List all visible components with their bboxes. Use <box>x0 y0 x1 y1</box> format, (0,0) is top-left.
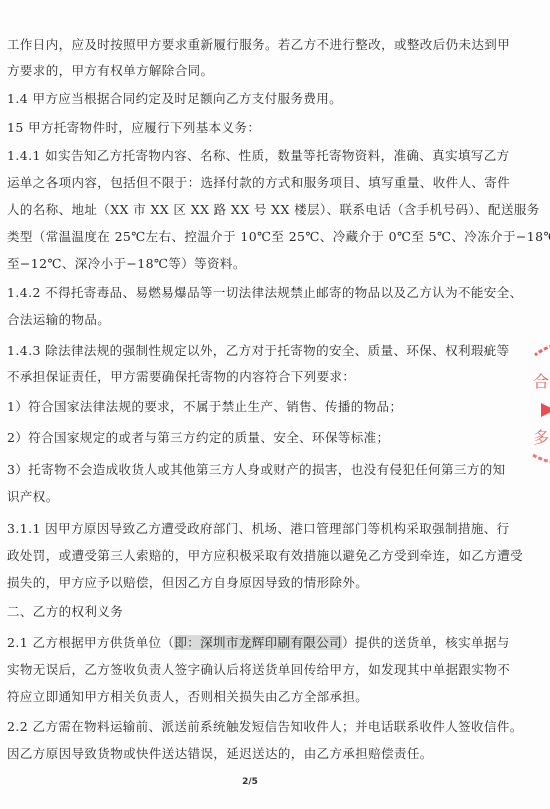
text-line: 因乙方原因导致货物或快件送达错误，延迟送达的，由乙方承担赔偿责任。 <box>7 746 433 762</box>
clause-1-4-1: 1.4.1 如实告知乙方托寄物内容、名称、性质，数量等托寄物资料，准确、真实填写… <box>7 148 510 164</box>
list-item-1: 1）符合国家法律法规的要求，不属于禁止生产、销售、传播的物品； <box>7 399 402 415</box>
red-seal-stamp-icon: 合 多 <box>525 335 550 465</box>
clause-2-1: 2.1 乙方根据甲方供货单位（即：深圳市龙辉印刷有限公司）提供的送货单，核实单据… <box>7 635 510 651</box>
clause-1-5-heading: 15 甲方托寄物件时，应履行下列基本义务： <box>7 120 260 136</box>
section-heading-party-b: 二、乙方的权利义务 <box>7 604 123 620</box>
text-line: 人的名称、地址（XX 市 XX 区 XX 路 XX 号 XX 楼层）、联系电话（… <box>7 202 540 218</box>
clause-2-2: 2.2 乙方需在物料运输前、派送前系统触发短信告知收件人；并电话联系收件人签收信… <box>7 719 523 735</box>
text-line: 方要求的，甲方有权单方解除合同。 <box>7 63 213 79</box>
clause-1-4-3: 1.4.3 除法律法规的强制性规定以外，乙方对于托寄物的安全、质量、环保、权利瑕… <box>7 343 510 359</box>
text-line: 实物无误后，乙方签收负责人签字确认后将送货单回传给甲方，如发现其中单据跟实物不 <box>7 662 510 678</box>
text-line: 不承担保证责任，甲方需要确保托寄物的内容符合下列要求： <box>7 369 355 385</box>
text-line: 合法运输的物品。 <box>7 312 110 328</box>
clause-1-4-2: 1.4.2 不得托寄毒品、易燃易爆品等一切法律法规禁止邮寄的物品以及乙方认为不能… <box>7 285 522 301</box>
highlighted-company-name: 即：深圳市龙辉印刷有限公司 <box>174 635 342 650</box>
clause-3-1-1: 3.1.1 因甲方原因导致乙方遭受政府部门、机场、港口管理部门等机构采取强制措施… <box>7 521 510 537</box>
text-line: 识产权。 <box>7 489 59 505</box>
clause-1-4: 1.4 甲方应当根据合同约定及时足额向乙方支付服务费用。 <box>7 91 342 107</box>
text-line: 政处罚，或遭受第三人索赔的，甲方应积极采取有效措施以避免乙方受到牵连，如乙方遭受 <box>7 548 523 564</box>
text-line: 类型（常温温度在 25℃左右、控温介于 10℃至 25℃、冷藏介于 0℃至 5℃… <box>7 229 550 245</box>
svg-text:多: 多 <box>533 428 549 447</box>
text-line: 运单之各项内容，包括但不限于：选择付款的方式和服务项目、填写重量、收件人、寄件 <box>7 175 510 191</box>
list-item-2: 2）符合国家规定的或者与第三方约定的质量、安全、环保等标准； <box>7 430 389 446</box>
text-line: 至−12℃、深冷小于−18℃等）等资料。 <box>7 256 246 272</box>
text-segment: ）提供的送货单，核实单据与 <box>342 635 510 650</box>
text-line: 工作日内，应及时按照甲方要求重新履行服务。若乙方不进行整改，或整改后仍未达到甲 <box>7 37 510 53</box>
text-line: 符应立即通知甲方相关负责人，否则相关损失由乙方全部承担。 <box>7 689 368 705</box>
svg-text:合: 合 <box>533 372 549 391</box>
list-item-3: 3）托寄物不会造成收货人或其他第三方人身或财产的损害，也没有侵犯任何第三方的知 <box>7 462 506 478</box>
text-segment: 2.1 乙方根据甲方供货单位（ <box>7 635 174 650</box>
document-page: 工作日内，应及时按照甲方要求重新履行服务。若乙方不进行整改，或整改后仍未达到甲 … <box>0 0 550 809</box>
page-number: 2/5 <box>0 777 500 787</box>
text-line: 损失的，甲方应予以赔偿，但因乙方自身原因导致的情形除外。 <box>7 575 368 591</box>
